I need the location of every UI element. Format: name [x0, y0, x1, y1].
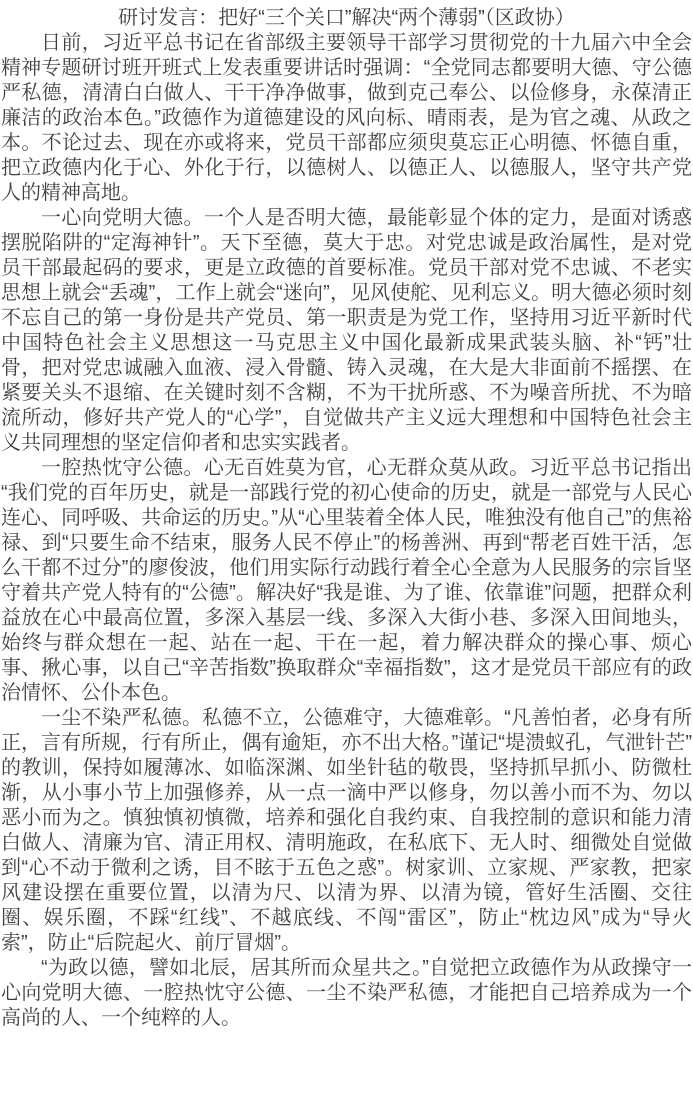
document-title: 研讨发言：把好“三个关口”解决“两个薄弱”（区政协）: [1, 6, 692, 31]
paragraph-mingdade: 一心向党明大德。一个人是否明大德，最能彰显个体的定力，是面对诱惑摆脱陷阱的“定海…: [1, 206, 692, 456]
paragraph-conclusion: “为政以德，譬如北辰，居其所而众星共之。”自觉把立政德作为从政操守一心向党明大德…: [1, 956, 692, 1031]
paragraph-yanside: 一尘不染严私德。私德不立，公德难守，大德难彰。“凡善怕者，必身有所正，言有所规，…: [1, 706, 692, 956]
document-page: 研讨发言：把好“三个关口”解决“两个薄弱”（区政协） 日前，习近平总书记在省部级…: [0, 0, 693, 1097]
paragraph-intro: 日前，习近平总书记在省部级主要领导干部学习贯彻党的十九届六中全会精神专题研讨班开…: [1, 31, 692, 206]
paragraph-shougongde: 一腔热忱守公德。心无百姓莫为官，心无群众莫从政。习近平总书记指出“我们党的百年历…: [1, 456, 692, 706]
